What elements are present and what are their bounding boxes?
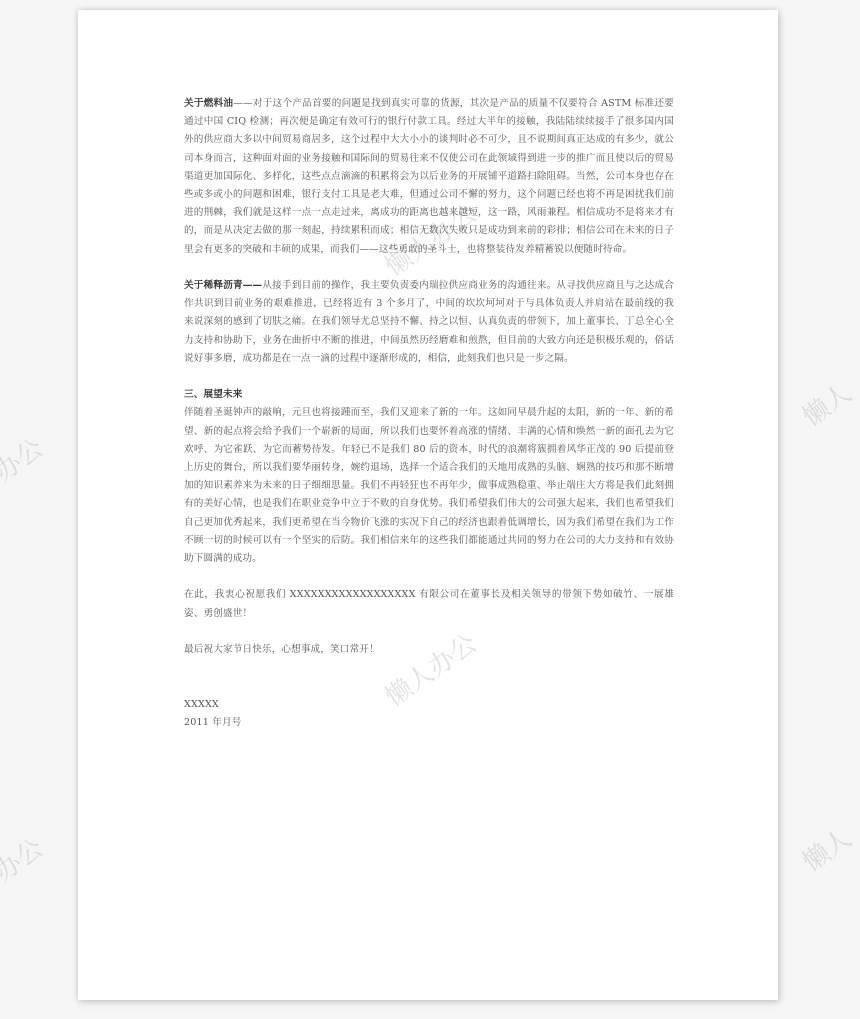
document-body: 关于燃料油——对于这个产品首要的问题是找到真实可靠的货源，其次是产品的质量不仅要…: [184, 95, 674, 732]
paragraph-diluted-bitumen: 关于稀释沥青——从接手到目前的操作，我主要负责委内瑞拉供应商业务的沟通往来。从寻…: [184, 277, 674, 368]
paragraph-text: ——对于这个产品首要的问题是找到真实可靠的货源，其次是产品的质量不仅要符合 AS…: [184, 98, 674, 255]
signature-date: 2011 年月号: [184, 714, 674, 732]
watermark-partial-right: 懒人: [794, 818, 858, 878]
watermark-partial-right: 懒人: [794, 373, 858, 433]
document-page: 懒人办公 懒人办公 关于燃料油——对于这个产品首要的问题是找到真实可靠的货源，其…: [78, 10, 778, 1000]
paragraph-outlook: 伴随着圣诞钟声的敲响，元旦也将接踵而至，我们又迎来了新的一年。这如同早晨升起的太…: [184, 404, 674, 568]
spacer: [184, 677, 674, 695]
paragraph-closing: 最后祝大家节日快乐，心想事成，笑口常开！: [184, 641, 674, 659]
paragraph-lead: 关于燃料油: [184, 98, 233, 109]
paragraph-fuel-oil: 关于燃料油——对于这个产品首要的问题是找到真实可靠的货源，其次是产品的质量不仅要…: [184, 95, 674, 259]
section-heading: 三、展望未来: [184, 386, 674, 404]
watermark-partial-left: 办公: [0, 828, 50, 888]
paragraph-wish: 在此，我衷心祝愿我们 XXXXXXXXXXXXXXXXXX 有限公司在董事长及相…: [184, 586, 674, 622]
signature-name: XXXXX: [184, 696, 674, 714]
paragraph-lead: 关于稀释沥青——: [184, 280, 262, 291]
paragraph-text: 从接手到目前的操作，我主要负责委内瑞拉供应商业务的沟通往来。从寻找供应商且与之达…: [184, 280, 674, 364]
watermark-partial-left: 办公: [0, 428, 50, 488]
